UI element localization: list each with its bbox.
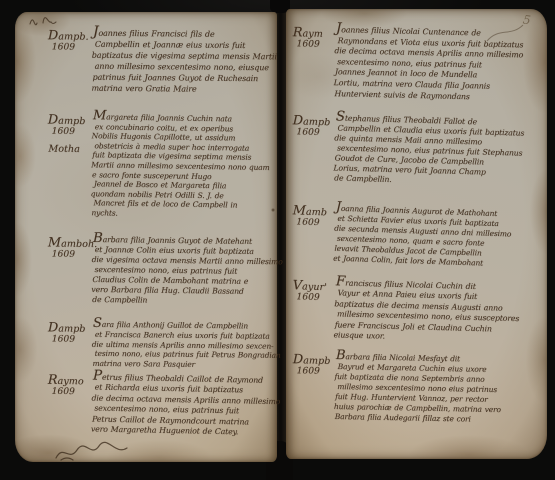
right-page: Raym1609Joannes filius Nicolai Cuntenanc… xyxy=(286,9,547,459)
entry-text: Barbara filia Nicolai Mesfayt ditBayrud … xyxy=(335,352,542,426)
entry-margin-label: Raymo1609 xyxy=(48,373,94,398)
margin-line: 1609 xyxy=(52,387,94,398)
register-entry: Dampb1609Sara filia Anthonij Guillot de … xyxy=(14,319,276,371)
entry-text: Sara filia Anthonij Guillot de Campbelli… xyxy=(92,320,283,371)
entry-margin-label: Mamboh.1609 xyxy=(48,235,94,260)
margin-line: 1609 xyxy=(296,39,337,50)
entry-text: Joannes filius Francisci fils deCampbell… xyxy=(92,28,283,96)
entry-margin-label: Vayur'1609 xyxy=(292,278,338,303)
left-page: Dampb.1609Joannes filius Francisci fils … xyxy=(15,12,277,462)
entry-margin-label: Dampb1609 xyxy=(48,320,94,344)
right-page-entries: Raym1609Joannes filius Nicolai Cuntenanc… xyxy=(286,9,547,459)
entry-text-line: de Campbellin xyxy=(92,295,282,307)
margin-line: 1609 xyxy=(52,249,94,260)
pen-trial-mark-icon xyxy=(53,436,131,464)
register-entry: Dampb1609Barbara filia Nicolai Mesfayt d… xyxy=(285,351,547,426)
entry-margin-label: Dampb.1609 xyxy=(48,28,94,52)
corner-ink-marks-icon xyxy=(27,14,61,28)
entry-text: Joanna filia Joannis Augurot de Mathohan… xyxy=(334,204,542,271)
entry-margin-label: Raym1609 xyxy=(292,25,338,50)
register-entry: Mamboh.1609Barbara filia Joannis Guyot d… xyxy=(14,234,277,307)
entry-margin-label: Dampb1609Motha xyxy=(47,113,94,156)
margin-line: 1609 xyxy=(52,334,94,344)
margin-line: 1609 xyxy=(297,366,338,377)
entry-text-line: matrina vero Gratia Maire xyxy=(91,83,282,96)
register-entry: Dampb.1609Joannes filius Francisci fils … xyxy=(14,27,277,95)
entry-text: Petrus filius Theobaldi Caillot de Raymo… xyxy=(92,372,283,438)
corner-stroke-icon xyxy=(485,23,525,45)
register-entry: Dampb1609Stephanus filius Theobaldi Fall… xyxy=(284,112,547,189)
margin-line: 1609 xyxy=(296,217,337,228)
entry-margin-label: Dampb1609 xyxy=(293,352,338,377)
margin-line: Motha xyxy=(48,144,93,156)
entry-text-line: matrina vero Sara Pasquier xyxy=(92,359,282,371)
entry-text: Stephanus filius Theobaldi Fallot deCamp… xyxy=(334,113,542,189)
entry-text: Barbara filia Joannis Guyot de Matehante… xyxy=(92,235,283,307)
entry-text-line: nychts. xyxy=(91,208,281,221)
register-entry: Dampb1609MothaMargareta filia Joannis Cu… xyxy=(13,111,277,221)
left-page-entries: Dampb.1609Joannes filius Francisci fils … xyxy=(15,12,277,462)
margin-line: 1609 xyxy=(296,292,337,303)
register-entry: Raymo1609Petrus filius Theobaldi Caillot… xyxy=(14,371,277,438)
margin-line: 1609 xyxy=(52,42,94,52)
register-entry: Vayur'1609Franciscus filius Nicolai Cuch… xyxy=(284,277,547,346)
register-entry: Mamb1609Joanna filia Joannis Augurot de … xyxy=(284,202,547,271)
entry-text: Margareta filia Joannis Cuchin nataex co… xyxy=(91,112,283,221)
entry-text: Franciscus filius Nicolai Cuchin ditVayu… xyxy=(334,278,542,346)
entry-margin-label: Dampb1609 xyxy=(292,113,338,138)
manuscript-scan: Dampb.1609Joannes filius Francisci fils … xyxy=(0,0,555,480)
entry-margin-label: Mamb1609 xyxy=(292,203,338,228)
margin-line: 1609 xyxy=(296,127,337,138)
margin-line: 1609 xyxy=(52,127,94,138)
